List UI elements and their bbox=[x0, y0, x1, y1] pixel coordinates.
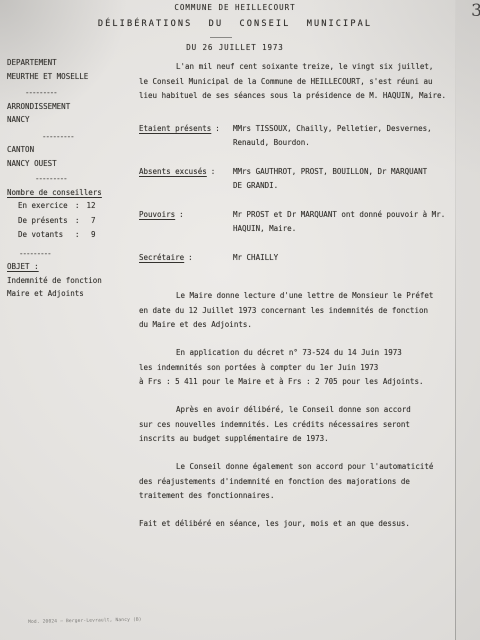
body-line: En application du décret n° 73-524 du 14… bbox=[139, 346, 469, 361]
roster-label-text: Pouvoirs bbox=[139, 210, 175, 219]
canton-label: CANTON bbox=[7, 143, 135, 157]
body-line: Le Conseil donne également son accord po… bbox=[139, 460, 469, 475]
arrondissement-value: NANCY bbox=[7, 113, 135, 127]
roster-row-pouvoirs: Pouvoirs: Mr PROST et Dr MARQUANT ont do… bbox=[139, 208, 469, 237]
deliberation-body: L'an mil neuf cent soixante treize, le v… bbox=[139, 60, 469, 532]
body-line: du Maire et des Adjoints. bbox=[139, 318, 469, 333]
sidebar-divider: --------- bbox=[7, 247, 135, 261]
roster-value-line: HAQUIN, Maire. bbox=[233, 222, 469, 237]
roster-value-line: Mr CHAILLY bbox=[233, 251, 469, 266]
roster-label-text: Etaient présents bbox=[139, 124, 211, 133]
departement-value: MEURTHE ET MOSELLE bbox=[7, 70, 135, 84]
conseillers-row-label: De présents bbox=[18, 214, 75, 229]
roster-value-line: MMrs TISSOUX, Chailly, Pelletier, Desver… bbox=[233, 122, 469, 137]
roster-value: MMrs TISSOUX, Chailly, Pelletier, Desver… bbox=[233, 122, 469, 151]
objet-block: OBJET : Indemnité de fonction Maire et A… bbox=[7, 260, 135, 301]
roster-row-presents: Etaient présents: MMrs TISSOUX, Chailly,… bbox=[139, 122, 469, 151]
body-line: inscrits au budget supplémentaire de 197… bbox=[139, 432, 469, 447]
roster-label: Secrétaire: bbox=[139, 251, 233, 266]
roster-value-line: Mr PROST et Dr MARQUANT ont donné pouvoi… bbox=[233, 208, 469, 223]
conseillers-presents: De présents : 7 bbox=[7, 214, 135, 229]
margin-sidebar: DEPARTEMENT MEURTHE ET MOSELLE ---------… bbox=[7, 56, 135, 301]
colon: : bbox=[188, 253, 193, 262]
paragraph-decret: En application du décret n° 73-524 du 14… bbox=[139, 346, 469, 390]
departement-label: DEPARTEMENT bbox=[7, 56, 135, 70]
body-line: lieu habituel de ses séances sous la pré… bbox=[139, 89, 469, 104]
colon: : bbox=[179, 210, 184, 219]
body-line: à Frs : 5 411 pour le Maire et à Frs : 2… bbox=[139, 375, 469, 390]
conseillers-row-value: 12 bbox=[80, 199, 96, 214]
roster-value-line: Renauld, Bourdon. bbox=[233, 136, 469, 151]
body-line: L'an mil neuf cent soixante treize, le v… bbox=[139, 60, 469, 75]
conseillers-row-label: En exercice bbox=[18, 199, 75, 214]
page-fold-line bbox=[455, 0, 456, 640]
body-line: Après en avoir délibéré, le Conseil donn… bbox=[139, 403, 469, 418]
paragraph-lettre-prefet: Le Maire donne lecture d'une lettre de M… bbox=[139, 289, 469, 333]
body-line: en date du 12 Juillet 1973 concernant le… bbox=[139, 304, 469, 319]
colon: : bbox=[211, 167, 216, 176]
body-line: Le Maire donne lecture d'une lettre de M… bbox=[139, 289, 469, 304]
intro-paragraph: L'an mil neuf cent soixante treize, le v… bbox=[139, 60, 469, 104]
objet-label: OBJET : bbox=[7, 260, 135, 274]
session-date: DU 26 JUILLET 1973 bbox=[95, 43, 375, 52]
conseillers-title: Nombre de conseillers bbox=[7, 186, 135, 200]
page-edge-shade bbox=[456, 0, 480, 640]
roster-row-secretaire: Secrétaire: Mr CHAILLY bbox=[139, 251, 469, 266]
roster-value: Mr CHAILLY bbox=[233, 251, 469, 266]
roster-label: Etaient présents: bbox=[139, 122, 233, 151]
objet-line: Indemnité de fonction bbox=[7, 274, 135, 288]
body-line: le Conseil Municipal de la Commune de HE… bbox=[139, 75, 469, 90]
roster-value-line: MMrs GAUTHROT, PROST, BOUILLON, Dr MARQU… bbox=[233, 165, 469, 180]
commune-name: COMMUNE DE HEILLECOURT bbox=[95, 3, 375, 12]
paragraph-automaticite: Le Conseil donne également son accord po… bbox=[139, 460, 469, 504]
roster-value-line: DE GRANDI. bbox=[233, 179, 469, 194]
paragraph-accord: Après en avoir délibéré, le Conseil donn… bbox=[139, 403, 469, 447]
roster-label: Absents excusés: bbox=[139, 165, 233, 194]
objet-line: Maire et Adjoints bbox=[7, 287, 135, 301]
attendance-roster: Etaient présents: MMrs TISSOUX, Chailly,… bbox=[139, 122, 469, 266]
colon: : bbox=[215, 124, 220, 133]
sidebar-divider: --------- bbox=[7, 86, 135, 100]
conseillers-en-exercice: En exercice : 12 bbox=[7, 199, 135, 214]
sidebar-divider: --------- bbox=[7, 172, 135, 186]
roster-label: Pouvoirs: bbox=[139, 208, 233, 237]
document-header: COMMUNE DE HEILLECOURT DÉLIBÉRATIONS DU … bbox=[95, 3, 375, 52]
closing-statement: Fait et délibéré en séance, les jour, mo… bbox=[139, 517, 469, 532]
roster-label-text: Absents excusés bbox=[139, 167, 207, 176]
roster-value: MMrs GAUTHROT, PROST, BOUILLON, Dr MARQU… bbox=[233, 165, 469, 194]
printer-mark: Mod. 20024 — Berger-Levrault, Nancy (B) bbox=[28, 617, 142, 625]
conseillers-row-value: 7 bbox=[80, 214, 96, 229]
conseillers-row-label: De votants bbox=[18, 228, 75, 243]
sidebar-divider: --------- bbox=[7, 130, 135, 144]
roster-value: Mr PROST et Dr MARQUANT ont donné pouvoi… bbox=[233, 208, 469, 237]
conseillers-votants: De votants : 9 bbox=[7, 228, 135, 243]
body-line: sur ces nouvelles indemnités. Les crédit… bbox=[139, 418, 469, 433]
body-line: les indemnités son portées à compter du … bbox=[139, 361, 469, 376]
document-title: DÉLIBÉRATIONS DU CONSEIL MUNICIPAL bbox=[95, 19, 375, 29]
arrondissement-label: ARRONDISSEMENT bbox=[7, 100, 135, 114]
canton-value: NANCY OUEST bbox=[7, 157, 135, 171]
roster-row-absents: Absents excusés: MMrs GAUTHROT, PROST, B… bbox=[139, 165, 469, 194]
roster-label-text: Secrétaire bbox=[139, 253, 184, 262]
body-line: traitement des fonctionnaires. bbox=[139, 489, 469, 504]
conseillers-row-value: 9 bbox=[80, 228, 96, 243]
title-rule bbox=[210, 37, 232, 38]
body-line: des réajustements d'indemnité en fonctio… bbox=[139, 475, 469, 490]
scanned-document-page: 3 COMMUNE DE HEILLECOURT DÉLIBÉRATIONS D… bbox=[0, 0, 480, 640]
